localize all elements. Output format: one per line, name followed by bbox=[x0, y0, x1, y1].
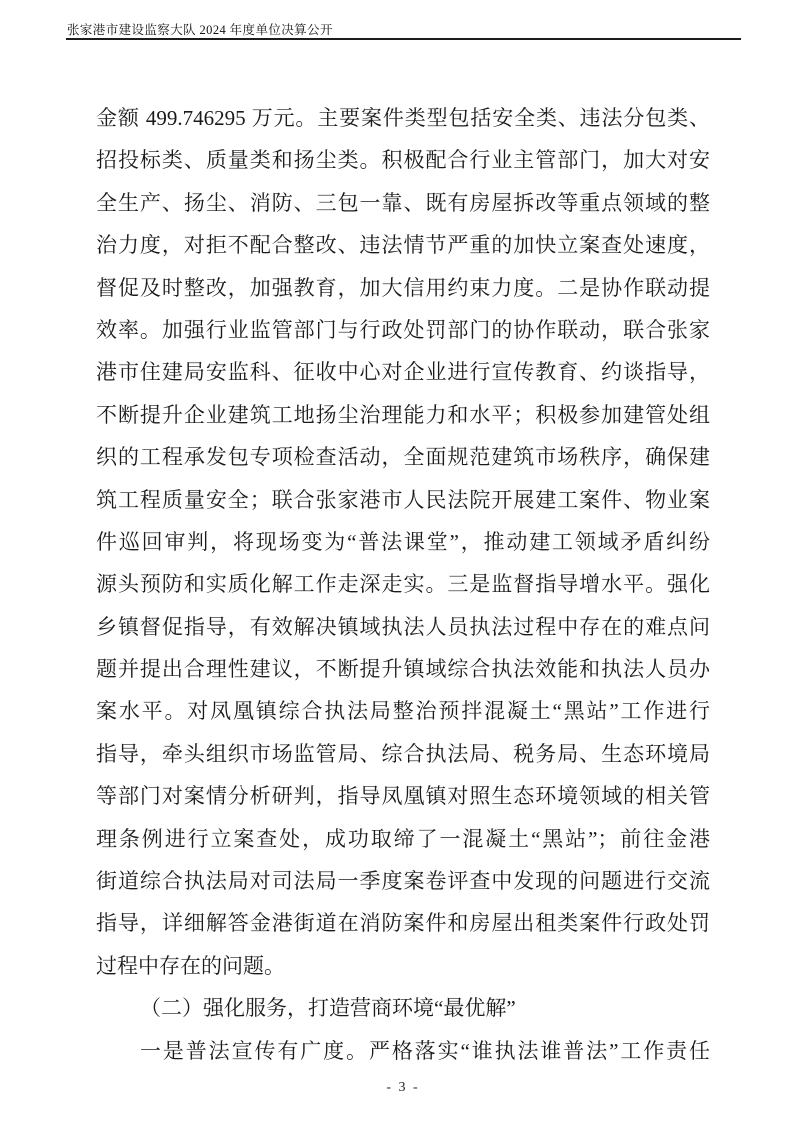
body-text-line: 治力度，对拒不配合整改、违法情节严重的加快立案查处速度， bbox=[96, 224, 710, 266]
body-text-line: 招投标类、质量类和扬尘类。积极配合行业主管部门，加大对安 bbox=[96, 139, 710, 181]
body-text-line: 效率。加强行业监管部门与行政处罚部门的协作联动，联合张家 bbox=[96, 309, 710, 351]
section-heading: （二）强化服务，打造营商环境“最优解” bbox=[96, 987, 710, 1029]
body-text-line: 理条例进行立案查处，成功取缔了一混凝土“黑站”；前往金港 bbox=[96, 818, 710, 860]
body-text-line: 指导，牵头组织市场监管局、综合执法局、税务局、生态环境局 bbox=[96, 733, 710, 775]
document-page: 张家港市建设监察大队 2024 年度单位决算公开 金额 499.746295 万… bbox=[0, 0, 793, 1122]
body-text-line: 督促及时整改，加强教育，加大信用约束力度。二是协作联动提 bbox=[96, 267, 710, 309]
body-text-line: 案水平。对凤凰镇综合执法局整治预拌混凝土“黑站”工作进行 bbox=[96, 690, 710, 732]
body-text-line: 港市住建局安监科、征收中心对企业进行宣传教育、约谈指导， bbox=[96, 351, 710, 393]
opening-paragraph: 金额 499.746295 万元。主要案件类型包括安全类、违法分包类、招投标类、… bbox=[96, 97, 710, 987]
body-text-line: 织的工程承发包专项检查活动，全面规范建筑市场秩序，确保建 bbox=[96, 436, 710, 478]
body-text-line: 件巡回审判，将现场变为“普法课堂”，推动建工领域矛盾纠纷 bbox=[96, 521, 710, 563]
body-text-line: 源头预防和实质化解工作走深走实。三是监督指导增水平。强化 bbox=[96, 563, 710, 605]
body-text-line: 全生产、扬尘、消防、三包一靠、既有房屋拆改等重点领域的整 bbox=[96, 182, 710, 224]
body-text-line: 乡镇督促指导，有效解决镇域执法人员执法过程中存在的难点问 bbox=[96, 606, 710, 648]
page-number: - 3 - bbox=[96, 1080, 710, 1096]
body-text-line: 街道综合执法局对司法局一季度案卷评查中发现的问题进行交流 bbox=[96, 860, 710, 902]
document-body: 金额 499.746295 万元。主要案件类型包括安全类、违法分包类、招投标类、… bbox=[96, 97, 710, 1072]
paragraph-first-line: 一是普法宣传有广度。严格落实“谁执法谁普法”工作责任 bbox=[96, 1030, 710, 1072]
body-text-line: 题并提出合理性建议，不断提升镇域综合执法效能和执法人员办 bbox=[96, 648, 710, 690]
body-text-line: 过程中存在的问题。 bbox=[96, 945, 710, 987]
body-text-line: 等部门对案情分析研判，指导凤凰镇对照生态环境领域的相关管 bbox=[96, 775, 710, 817]
document-header-title: 张家港市建设监察大队 2024 年度单位决算公开 bbox=[67, 20, 333, 38]
body-text-line: 筑工程质量安全；联合张家港市人民法院开展建工案件、物业案 bbox=[96, 479, 710, 521]
body-text-line: 不断提升企业建筑工地扬尘治理能力和水平；积极参加建管处组 bbox=[96, 394, 710, 436]
body-text-line: 金额 499.746295 万元。主要案件类型包括安全类、违法分包类、 bbox=[96, 97, 710, 139]
header-rule bbox=[66, 38, 741, 40]
body-text-line: 指导，详细解答金港街道在消防案件和房屋出租类案件行政处罚 bbox=[96, 902, 710, 944]
